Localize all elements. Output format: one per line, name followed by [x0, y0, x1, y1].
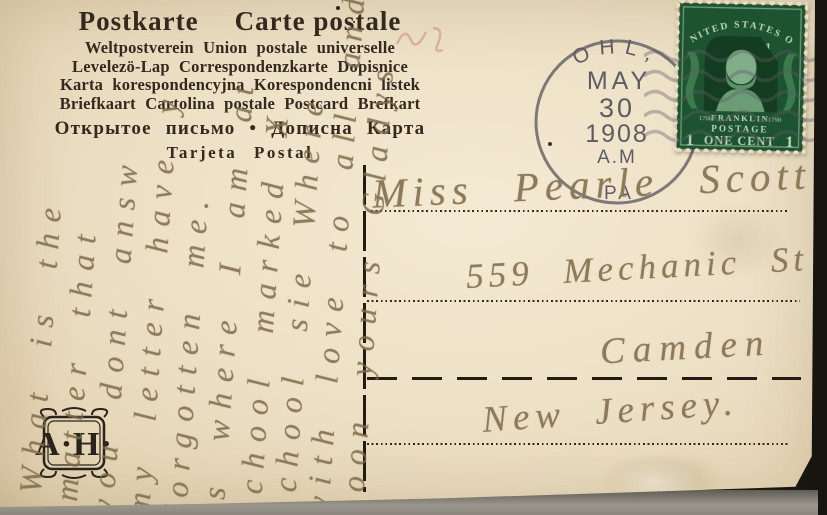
postcard: Postkarte Carte postale Weltpostverein U… [0, 0, 815, 507]
postmark-month: MAY [587, 67, 651, 95]
postmark-day: 30 [599, 93, 635, 123]
address-rule-3 [367, 377, 801, 380]
cancellation-lines [644, 48, 815, 144]
address-street: 559 Mechanic St [465, 239, 809, 297]
header-title-french: Carte postale [235, 6, 402, 37]
address-city: Camden [599, 322, 772, 374]
photo-background: Postkarte Carte postale Weltpostverein U… [0, 0, 827, 515]
postmark-year: 1908 [585, 120, 649, 148]
red-pencil-scribble [393, 18, 463, 58]
header-title: Postkarte Carte postale [50, 6, 430, 37]
address-state: New Jersey. [481, 381, 740, 442]
header-title-german: Postkarte [79, 6, 199, 37]
header-line-upu: Weltpostverein Union postale universelle [50, 39, 430, 58]
address-rule-4 [367, 443, 788, 445]
address-rule-2 [367, 300, 800, 302]
